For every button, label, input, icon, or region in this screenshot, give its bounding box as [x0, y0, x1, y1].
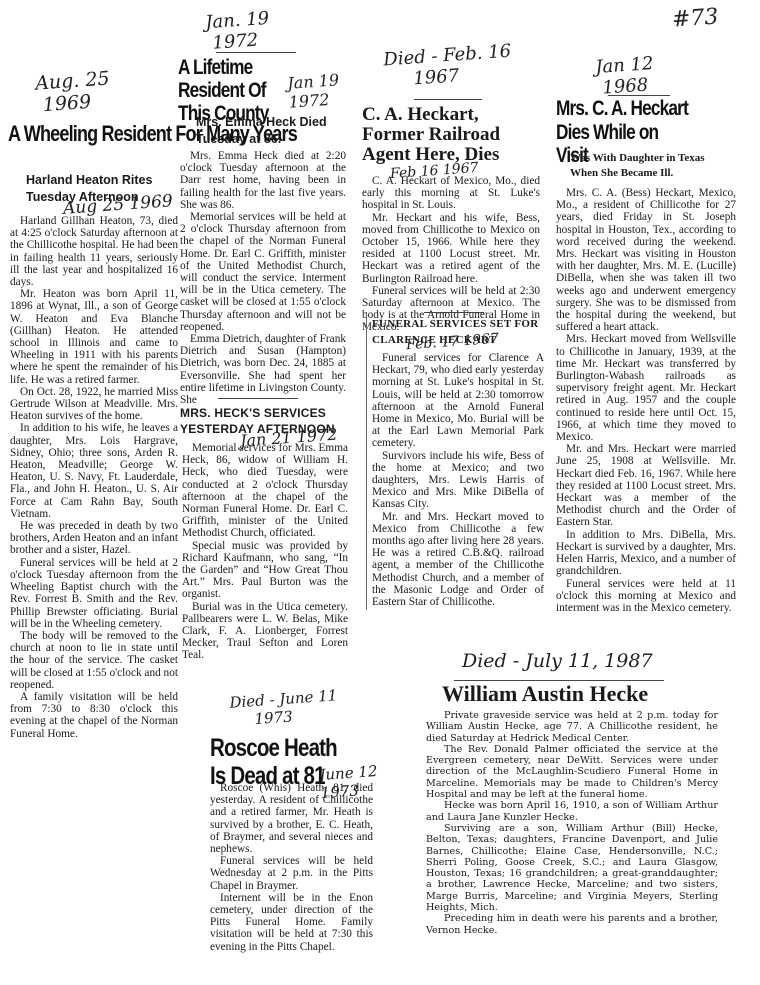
article-body: Private graveside service was held at 2 …	[426, 710, 718, 936]
article-body: Mrs. C. A. (Bess) Heckart, Mexico, Mo., …	[556, 187, 736, 614]
article-body: C. A. Heckart of Mexico, Mo., died early…	[362, 175, 540, 334]
divider	[424, 312, 484, 313]
subhead: Was With Daughter in Texas When She Beca…	[570, 151, 735, 181]
handwritten-date: Died - Feb. 16 1967	[383, 41, 514, 92]
divider	[608, 95, 670, 96]
article-body: Memorial services for Mrs. Emma Heck, 86…	[182, 442, 348, 662]
divider	[414, 99, 482, 100]
subhead: Mrs. Emma Heck Died Tuesday at 86.	[196, 114, 336, 148]
handwritten-date: Died - June 11 1973	[229, 686, 339, 729]
headline: C. A. Heckart, Former Railroad Agent Her…	[362, 105, 542, 165]
clipping-edge	[366, 312, 367, 610]
handwritten-date: Jan. 19 1972	[205, 8, 272, 54]
handwritten-date: Aug. 25 1969	[35, 67, 112, 116]
divider	[218, 398, 298, 399]
handwritten-annotation: Jan 19 1972	[287, 70, 341, 112]
headline: A Wheeling Resident For Many Years	[8, 122, 188, 145]
article-body: Funeral services for Clarence A Heckart,…	[372, 352, 544, 608]
divider	[216, 52, 296, 53]
handwritten-date: Jan 12 1968	[595, 53, 656, 99]
article-body: Roscoe (Whis) Heath, 81, died yesterday.…	[210, 782, 373, 953]
headline: William Austin Hecke	[442, 682, 722, 705]
article-body: Harland Gillhan Heaton, 73, died at 4:25…	[10, 215, 178, 740]
page-number-mark: #73	[671, 4, 719, 32]
article-body: Mrs. Emma Heck died at 2:20 o'clock Tues…	[180, 150, 346, 406]
handwritten-date: Died - July 11, 1987	[462, 650, 653, 672]
